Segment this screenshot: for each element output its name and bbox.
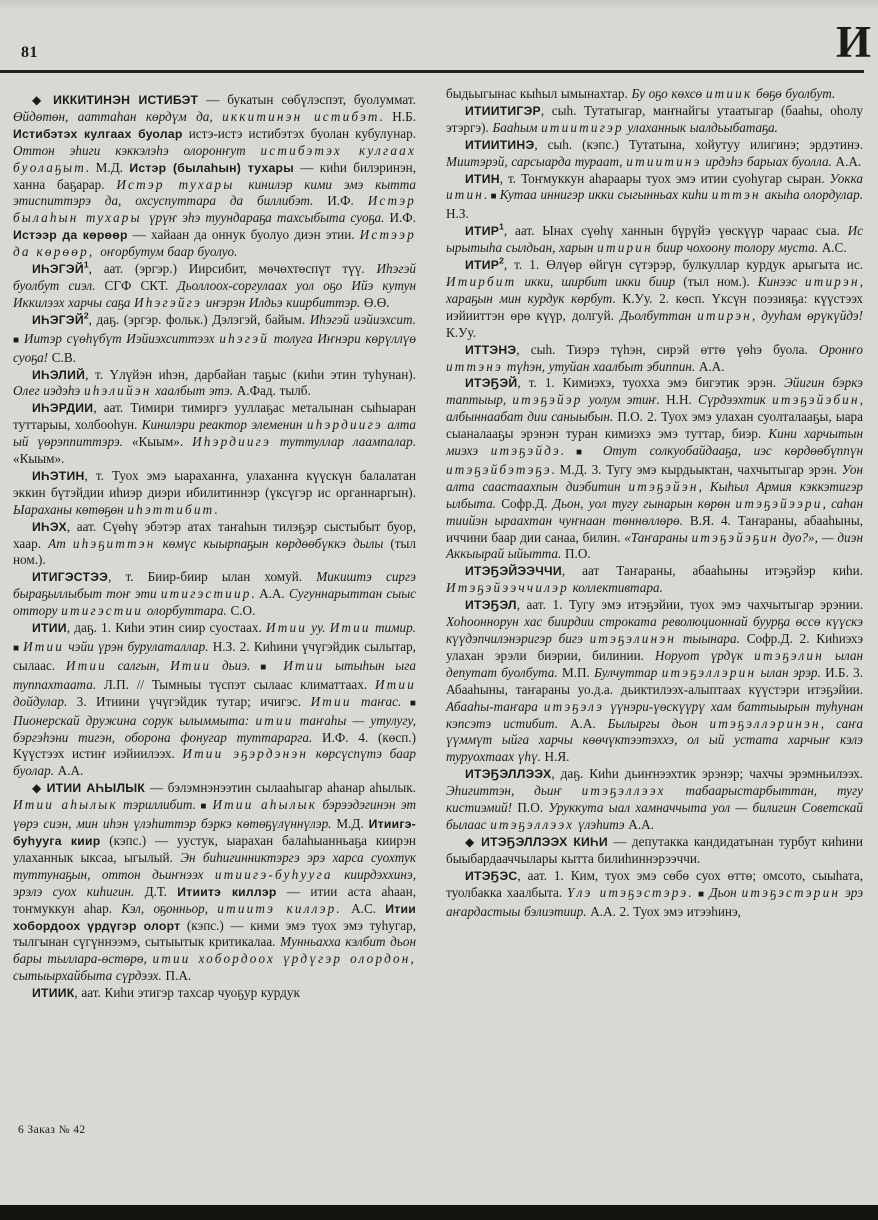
dictionary-entry: ИТИИ, даҕ. 1. Киһи этин сиир суостаах. И… — [13, 620, 416, 780]
scan-bottom-edge — [0, 1205, 878, 1220]
dictionary-entry: ИТИИТИГЭР, сыһ. Тутатыгар, маҥнайгы утаа… — [446, 103, 863, 137]
left-column: ◆ ИККИТИНЭН ИСТИБЭТ — букатын сөбүлэспэт… — [13, 92, 416, 1002]
right-column: быдьыгынас кыһыл ымынахтар. Бу оҕо көхсө… — [446, 86, 863, 920]
dictionary-page: 81 И ◆ ИККИТИНЭН ИСТИБЭТ — букатын сөбүл… — [0, 0, 878, 1220]
dictionary-entry: ИТИИК, аат. Киһи этигэр тахсар чуоҕур ку… — [13, 985, 416, 1002]
dictionary-entry: ИҺЭЛИЙ, т. Үлүйэн иһэн, дарбайан таҕыс (… — [13, 367, 416, 401]
dictionary-entry: ◆ ИККИТИНЭН ИСТИБЭТ — букатын сөбүлэспэт… — [13, 92, 416, 261]
dictionary-entry: ИТТЭНЭ, сыһ. Тиэрэ түһэн, сирэй өттө үөһ… — [446, 342, 863, 376]
dictionary-entry: ИҺЭГЭЙ1, аат. (эргэр.) Иирсибит, мөчөхтө… — [13, 261, 416, 312]
dictionary-entry: ИТИР1, аат. Ынах сүөһү ханнын бүрүйэ үөс… — [446, 223, 863, 257]
dictionary-entry: ИҺЭГЭЙ2, даҕ. (эргэр. фольк.) Дэлэгэй, б… — [13, 312, 416, 367]
dictionary-entry: ИҺЭРДИИ, аат. Тимири тимиргэ ууллаҕас ме… — [13, 400, 416, 468]
dictionary-entry: ИТИР2, т. 1. Өлүөр өйгүн сүтэрэр, булкул… — [446, 257, 863, 342]
dictionary-entry: ИТЭҔЭЙ, т. 1. Кимиэхэ, туохха эмэ бигэти… — [446, 375, 863, 563]
dictionary-entry: ИТИГЭСТЭЭ, т. Биир-биир ылан хомуй. Мики… — [13, 569, 416, 620]
page-number: 81 — [21, 44, 38, 62]
dictionary-entry: ИТЭҔЭЙЭЭЧЧИ, аат Таҥараны, абааһыны итэҕ… — [446, 563, 863, 597]
dictionary-entry: ◆ ИТЭҔЭЛЛЭЭХ КИҺИ — депутакка кандидатын… — [446, 834, 863, 868]
dictionary-entry: ИҺЭТИН, т. Туох эмэ ыараханҥа, улаханҥа … — [13, 468, 416, 519]
print-order-note: 6 Заказ № 42 — [18, 1124, 86, 1136]
dictionary-entry: ИТИИТИНЭ, сыһ. (кэпс.) Тутатына, хойутуу… — [446, 137, 863, 171]
dictionary-entry: ◆ ИТИИ АҺЫЛЫК — бэлэмнэнээтин сылааһыгар… — [13, 780, 416, 985]
dictionary-entry: ИТИН, т. Тоҥмуккун аһараары туох эмэ ити… — [446, 171, 863, 224]
section-letter: И — [836, 20, 871, 65]
dictionary-entry: быдьыгынас кыһыл ымынахтар. Бу оҕо көхсө… — [446, 86, 863, 103]
dictionary-entry: ИТЭҔЭЛЛЭЭХ, даҕ. Киһи дьиҥнээхтик эрэнэр… — [446, 766, 863, 834]
dictionary-entry: ИТЭҔЭЛ, аат. 1. Тугу эмэ итэҕэйии, туох … — [446, 597, 863, 766]
header-rule — [0, 70, 864, 73]
dictionary-entry: ИТЭҔЭС, аат. 1. Ким, туох эмэ сөбө суох … — [446, 868, 863, 921]
dictionary-entry: ИҺЭХ, аат. Сүөһү эбэтэр атах таҥаһын тил… — [13, 519, 416, 570]
